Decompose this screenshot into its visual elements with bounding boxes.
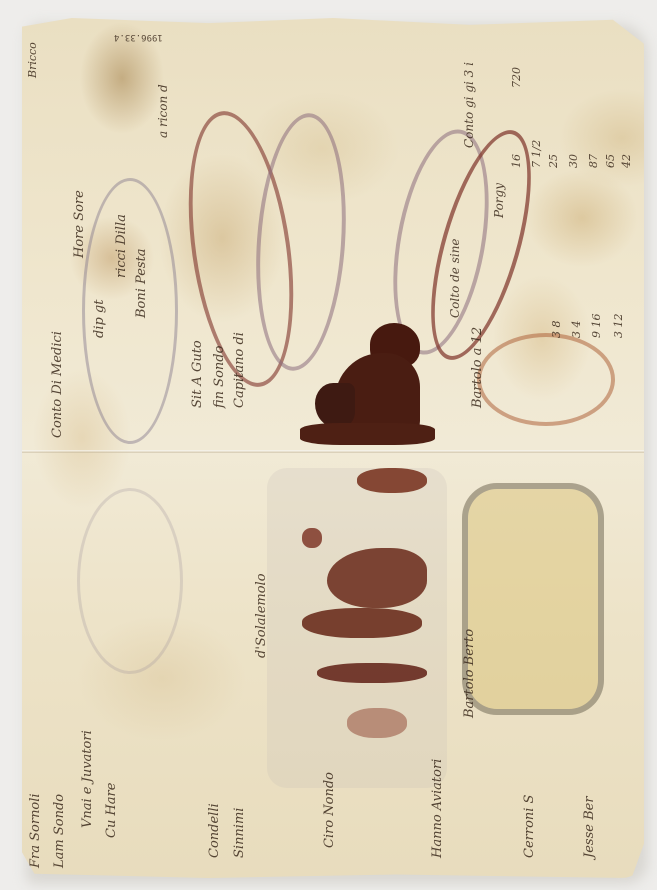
text-line: Boni Pesta — [134, 248, 149, 318]
number-line: 87 — [587, 154, 600, 168]
manuscript-page: Bricco Conto Di Medici Hore Sore dip gt … — [22, 18, 644, 878]
text-line: Bricco — [26, 42, 39, 78]
text-line: a ricon d — [156, 84, 170, 138]
number-line: 65 — [604, 154, 617, 168]
number-line: 3 12 — [612, 314, 625, 339]
number-line: 25 — [547, 154, 560, 168]
text-line: Cerroni S — [522, 795, 537, 858]
text-line: Porgy — [492, 183, 506, 218]
text-line: Bartolo a 12 — [470, 327, 485, 408]
cat-tail — [315, 383, 355, 428]
number-line: 16 — [510, 154, 523, 168]
number-line: 3 4 — [570, 321, 583, 339]
text-line: Vnai e Juvatori — [80, 730, 95, 828]
ink-ring-left-lower — [77, 488, 183, 674]
paw-smear-3 — [302, 608, 422, 638]
text-line: Bartolo Berto — [462, 629, 477, 718]
text-line: ricci Dilla — [114, 214, 129, 278]
gray-stain-right — [462, 483, 604, 715]
paw-smear-6 — [347, 708, 407, 738]
text-line: fin Sondo — [212, 346, 227, 408]
text-line: Ciro Nondo — [322, 772, 337, 848]
ink-ring-right-upper — [477, 333, 615, 426]
number-line: 9 16 — [590, 314, 603, 339]
paw-smear-4 — [317, 663, 427, 683]
text-line: dip gt — [92, 300, 107, 338]
text-line: Colto de sine — [448, 238, 462, 318]
number-line: 3 8 — [550, 321, 563, 339]
number-line: 720 — [510, 67, 523, 88]
text-line: Jesse Ber — [582, 796, 597, 858]
number-line: 7 1/2 — [530, 140, 543, 168]
number-line: 42 — [620, 154, 633, 168]
number-line: 30 — [567, 154, 580, 168]
paw-smear-5 — [302, 528, 322, 548]
catalog-number: 1996.33.4 — [114, 32, 163, 42]
text-line: Condelli — [207, 803, 222, 858]
text-line: Hanno Aviatori — [430, 759, 445, 858]
text-line: Lam Sondo — [52, 794, 67, 868]
text-line: Hore Sore — [72, 190, 87, 258]
paw-print-area — [267, 468, 447, 788]
text-line: Capitano di — [232, 332, 247, 408]
paw-smear-1 — [357, 468, 427, 493]
text-line: Conto Di Medici — [50, 331, 65, 438]
paw-smear-2 — [327, 548, 427, 608]
text-line: Fra Sornoli — [28, 793, 43, 868]
text-line: d'Solalemolo — [254, 573, 269, 658]
text-line: Sinnimi — [232, 808, 247, 858]
text-line: Cu Hare — [104, 783, 119, 838]
cat-base — [300, 423, 435, 445]
text-line: Conto gi gi 3 i — [462, 62, 476, 148]
cat-figure — [300, 323, 440, 453]
text-line: Sit A Guto — [190, 340, 205, 408]
